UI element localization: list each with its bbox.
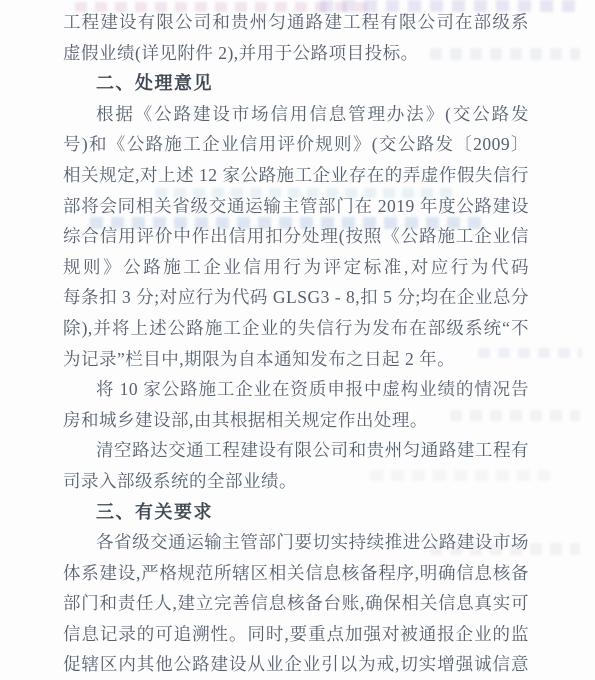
scanned-document-page: 工程建设有限公司和贵州匀通路建工程有限公司在部级系统录入虚假业绩(详见附件 2)… — [0, 0, 595, 680]
document-line: 部将会同相关省级交通运输主管部门在 2019 年度公路建设市场 — [63, 191, 529, 222]
document-line: 号)和《公路施工企业信用评价规则》(交公路发〔2009〕733 号)等 — [63, 129, 529, 160]
document-line: 清空路达交通工程建设有限公司和贵州匀通路建工程有限公 — [63, 435, 529, 466]
document-line: 相关规定,对上述 12 家公路施工企业存在的弄虚作假失信行为, — [63, 160, 529, 191]
document-line: 除),并将上述公路施工企业的失信行为发布在部级系统“不良行 — [63, 313, 529, 344]
document-line: 规则》公路施工企业信用行为评定标准,对应行为代码 GLSG3 - 2, — [63, 252, 529, 283]
document-line: 为记录”栏目中,期限为自本通知发布之日起 2 年。 — [63, 344, 529, 375]
document-line: 司录入部级系统的全部业绩。 — [63, 466, 529, 497]
document-line: 工程建设有限公司和贵州匀通路建工程有限公司在部级系统录入 — [63, 7, 529, 38]
document-line: 综合信用评价中作出信用扣分处理(按照《公路施工企业信用评价 — [63, 221, 529, 252]
document-line: 三、有关要求 — [63, 497, 529, 528]
document-line: 信息记录的可追溯性。同时,要重点加强对被通报企业的监管,督 — [63, 619, 529, 650]
document-line: 虚假业绩(详见附件 2),并用于公路项目投标。 — [63, 38, 529, 69]
document-line: 将 10 家公路施工企业在资质申报中虚构业绩的情况告知住 — [63, 374, 529, 405]
document-line: 房和城乡建设部,由其根据相关规定作出处理。 — [63, 405, 529, 436]
document-line: 根据《公路建设市场信用信息管理办法》(交公路发〔2009〕731 — [63, 99, 529, 130]
document-line: 促辖区内其他公路建设从业企业引以为戒,切实增强诚信意识,强 — [63, 649, 529, 680]
document-line: 二、处理意见 — [63, 68, 529, 99]
document-line: 体系建设,严格规范所辖区相关信息核备程序,明确信息核备责任 — [63, 558, 529, 589]
document-line: 部门和责任人,建立完善信息核备台账,确保相关信息真实可靠和 — [63, 588, 529, 619]
document-text: 工程建设有限公司和贵州匀通路建工程有限公司在部级系统录入虚假业绩(详见附件 2)… — [63, 7, 529, 680]
document-line: 各省级交通运输主管部门要切实持续推进公路建设市场信用 — [63, 527, 529, 558]
document-line: 每条扣 3 分;对应行为代码 GLSG3 - 8,扣 5 分;均在企业总分中扣 — [63, 282, 529, 313]
